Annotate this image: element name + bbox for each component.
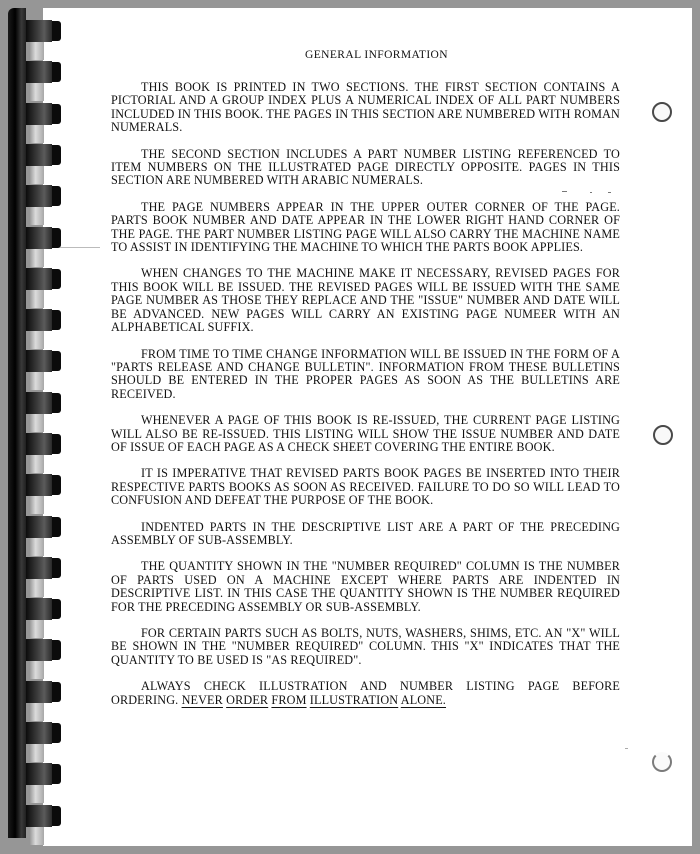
- underlined-word: ALONE.: [401, 693, 446, 707]
- binding-tooth: [26, 557, 62, 579]
- page-title: GENERAL INFORMATION: [111, 49, 620, 61]
- binding-tooth: [26, 350, 62, 372]
- punch-hole-icon: [652, 102, 672, 122]
- body-paragraph: THIS BOOK IS PRINTED IN TWO SECTIONS. TH…: [111, 81, 620, 135]
- underlined-warning: NEVER ORDER FROM ILLUSTRATION ALONE.: [182, 693, 446, 707]
- binding-tooth: [26, 474, 62, 496]
- underlined-word: NEVER: [182, 693, 223, 707]
- binding-tooth: [26, 61, 62, 83]
- binding-tooth: [26, 20, 62, 42]
- punch-hole-icon: [652, 752, 672, 772]
- binding-tooth: [26, 103, 62, 125]
- binding-tooth: [26, 681, 62, 703]
- body-paragraph: THE PAGE NUMBERS APPEAR IN THE UPPER OUT…: [111, 201, 620, 255]
- binding-tooth: [26, 185, 62, 207]
- binding-tooth: [26, 805, 62, 827]
- body-paragraph: WHEN CHANGES TO THE MACHINE MAKE IT NECE…: [111, 267, 620, 334]
- binding-tooth: [26, 516, 62, 538]
- binding-tooth: [26, 722, 62, 744]
- underlined-word: FROM: [271, 693, 306, 707]
- comb-binding-icon: [0, 0, 70, 854]
- binding-tooth: [26, 392, 62, 414]
- underlined-word: ILLUSTRATION: [310, 693, 398, 707]
- paragraph-list: THIS BOOK IS PRINTED IN TWO SECTIONS. TH…: [111, 81, 620, 667]
- underlined-word: ORDER: [226, 693, 268, 707]
- body-paragraph: THE QUANTITY SHOWN IN THE "NUMBER REQUIR…: [111, 560, 620, 614]
- binding-tooth: [26, 763, 62, 785]
- final-paragraph: ALWAYS CHECK ILLUSTRATION AND NUMBER LIS…: [111, 680, 620, 707]
- binding-tooth: [26, 598, 62, 620]
- general-information-section: GENERAL INFORMATION THIS BOOK IS PRINTED…: [111, 49, 620, 707]
- body-paragraph: FOR CERTAIN PARTS SUCH AS BOLTS, NUTS, W…: [111, 627, 620, 667]
- body-paragraph: FROM TIME TO TIME CHANGE INFORMATION WIL…: [111, 348, 620, 402]
- binding-tooth: [26, 144, 62, 166]
- binding-tooth: [26, 227, 62, 249]
- binding-tooth: [26, 309, 62, 331]
- body-paragraph: INDENTED PARTS IN THE DESCRIPTIVE LIST A…: [111, 521, 620, 548]
- body-paragraph: THE SECOND SECTION INCLUDES A PART NUMBE…: [111, 148, 620, 188]
- binding-tooth: [26, 268, 62, 290]
- body-paragraph: IT IS IMPERATIVE THAT REVISED PARTS BOOK…: [111, 467, 620, 507]
- binding-tooth: [26, 639, 62, 661]
- binding-tooth: [26, 433, 62, 455]
- punch-hole-icon: [653, 425, 673, 445]
- body-paragraph: WHENEVER A PAGE OF THIS BOOK IS RE-ISSUE…: [111, 414, 620, 454]
